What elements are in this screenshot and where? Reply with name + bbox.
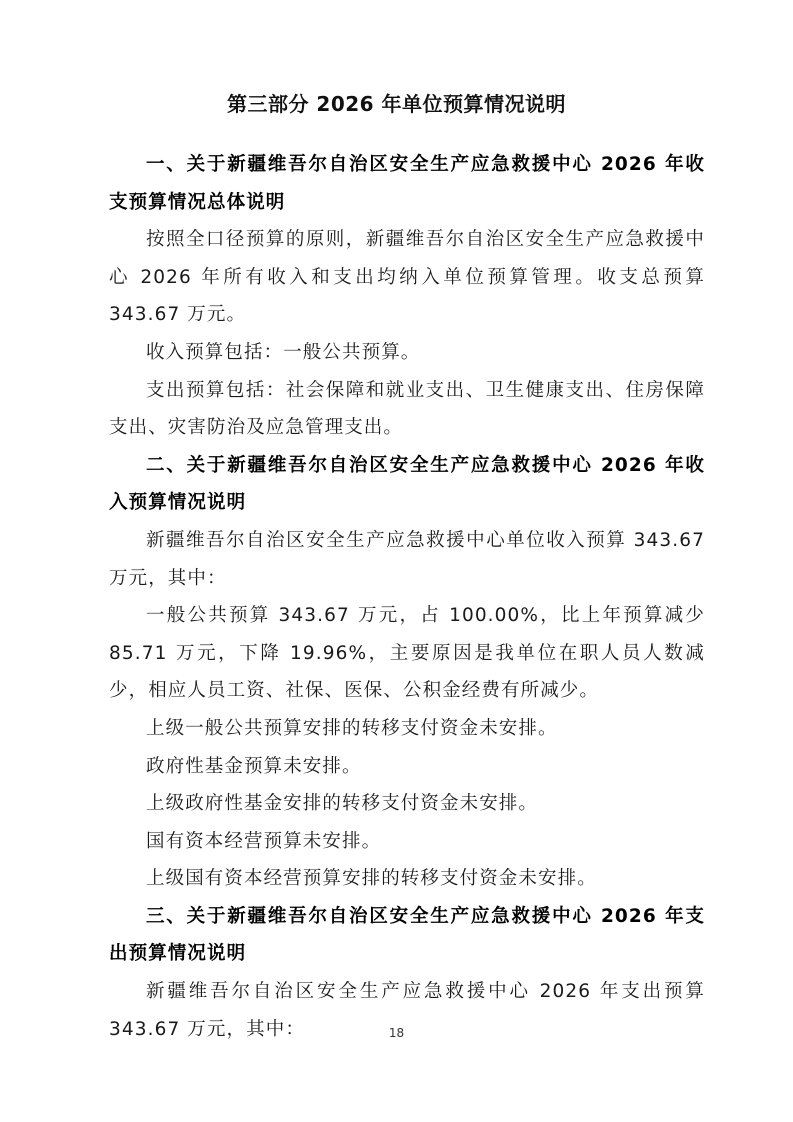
document-body: 一、关于新疆维吾尔自治区安全生产应急救援中心 2026 年收支预算情况总体说明 … bbox=[109, 146, 705, 1048]
paragraph-income-scope: 收入预算包括：一般公共预算。 bbox=[109, 334, 705, 372]
paragraph-expense-scope: 支出预算包括：社会保障和就业支出、卫生健康支出、住房保障支出、灾害防治及应急管理… bbox=[109, 372, 705, 447]
page-title: 第三部分 2026 年单位预算情况说明 bbox=[0, 89, 793, 119]
paragraph-transfer-state-capital: 上级国有资本经营预算安排的转移支付资金未安排。 bbox=[109, 860, 705, 898]
paragraph-overview: 按照全口径预算的原则，新疆维吾尔自治区安全生产应急救援中心 2026 年所有收入… bbox=[109, 221, 705, 334]
section-heading-2: 二、关于新疆维吾尔自治区安全生产应急救援中心 2026 年收入预算情况说明 bbox=[109, 447, 705, 522]
section-heading-1: 一、关于新疆维吾尔自治区安全生产应急救援中心 2026 年收支预算情况总体说明 bbox=[109, 146, 705, 221]
paragraph-general-budget: 一般公共预算 343.67 万元，占 100.00%，比上年预算减少 85.71… bbox=[109, 597, 705, 710]
paragraph-gov-fund: 政府性基金预算未安排。 bbox=[109, 748, 705, 786]
paragraph-state-capital: 国有资本经营预算未安排。 bbox=[109, 823, 705, 861]
paragraph-transfer-gov-fund: 上级政府性基金安排的转移支付资金未安排。 bbox=[109, 785, 705, 823]
section-heading-3: 三、关于新疆维吾尔自治区安全生产应急救援中心 2026 年支出预算情况说明 bbox=[109, 898, 705, 973]
paragraph-income-total: 新疆维吾尔自治区安全生产应急救援中心单位收入预算 343.67 万元，其中： bbox=[109, 522, 705, 597]
paragraph-transfer-general: 上级一般公共预算安排的转移支付资金未安排。 bbox=[109, 710, 705, 748]
page-number: 18 bbox=[0, 1026, 793, 1040]
document-page: 第三部分 2026 年单位预算情况说明 一、关于新疆维吾尔自治区安全生产应急救援… bbox=[0, 0, 793, 1122]
